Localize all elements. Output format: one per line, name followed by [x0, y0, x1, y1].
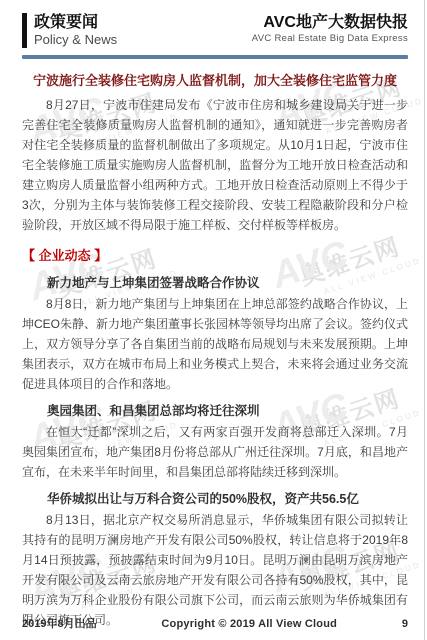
page-footer: 2019年8月出品 Copyright © 2019 All View Clou…: [22, 615, 408, 631]
brand-title-en: AVC Real Estate Big Data Express: [252, 32, 408, 45]
policy-article-title: 宁波施行全装修住宅购房人监督机制，加大全装修住宅监管力度: [22, 72, 408, 90]
news-item-title: 新力地产与上坤集团签署战略合作协议: [22, 273, 408, 293]
page-header: 政策要闻 Policy & News AVC地产大数据快报 AVC Real E…: [0, 0, 427, 48]
news-item-body: 8月8日，新力地产集团与上坤集团在上坤总部签约战略合作协议，上坤CEO朱静、新力…: [22, 294, 408, 394]
section-heading: 政策要闻 Policy & News: [22, 13, 117, 48]
page-number: 9: [402, 618, 408, 630]
news-item-title: 奥园集团、和昌集团总部均将迁往深圳: [22, 401, 408, 421]
section-title-cn: 政策要闻: [34, 13, 117, 32]
copyright-label: Copyright © 2019 All View Cloud: [161, 618, 337, 630]
news-item-body: 8月13日，据北京产权交易所消息显示，华侨城集团有限公司拟转让其持有的昆明万澜房…: [22, 510, 408, 630]
header-divider: [22, 55, 408, 59]
company-section-label: 【 企业动态 】: [22, 246, 408, 266]
news-item-title: 华侨城拟出让与万科合资公司的50%股权，资产共56.5亿: [22, 489, 408, 509]
section-title-en: Policy & News: [34, 32, 117, 48]
brand-title-cn: AVC地产大数据快报: [252, 13, 408, 32]
policy-article-body: 8月27日，宁波市住建局发布《宁波市住房和城乡建设局关于进一步完善住宅全装修质量…: [22, 95, 408, 235]
heading-accent-bar: [22, 13, 27, 48]
report-page: AVC奥维云网ALL VIEW CLOUD AVC奥维云网ALL VIEW CL…: [0, 0, 427, 640]
news-item-body: 在恒大“迁都”深圳之后，又有两家百强开发商将总部迁入深圳。7月奥园集团宣布，地产…: [22, 422, 408, 482]
brand-heading: AVC地产大数据快报 AVC Real Estate Big Data Expr…: [252, 13, 408, 45]
issue-date-label: 2019年8月出品: [22, 615, 97, 631]
page-content: 宁波施行全装修住宅购房人监督机制，加大全装修住宅监管力度 8月27日，宁波市住建…: [0, 72, 427, 630]
